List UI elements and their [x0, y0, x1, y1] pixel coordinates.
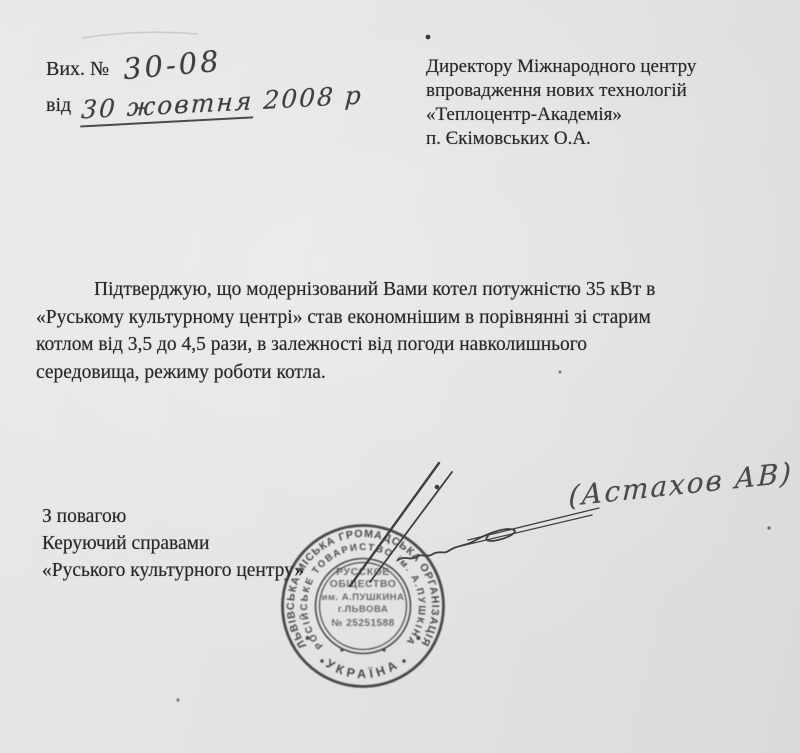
recipient-line: впровадження нових технологій [426, 79, 696, 103]
reference-number-line: Вих. № 30-08 [46, 48, 363, 82]
svg-text:г.ЛЬВОВА: г.ЛЬВОВА [338, 604, 388, 615]
stamp: ЛЬВІВСЬКА МІСЬКА ГРОМАДСЬКА ОРГАНІЗАЦІЯ … [283, 526, 444, 687]
stamp-center-text: РУССКОЕ ОБЩЕСТВО им. А.ПУШКИНА г.ЛЬВОВА … [322, 566, 405, 629]
signature-steep-stroke [350, 463, 439, 586]
stamp-separator-dots [306, 636, 421, 663]
date-underlined-part: 30 жовтня [80, 86, 254, 127]
recipient-line: Директору Міжнародного центру [426, 55, 696, 79]
signature-dot [435, 485, 440, 490]
date-label: від [46, 94, 71, 117]
signature-scribble [398, 529, 515, 560]
stamp-inner-circle-inner [320, 563, 407, 650]
recipient-block: Директору Міжнародного центру впроваджен… [426, 55, 696, 151]
body-line: котлом від 3,5 до 4,5 рази, в залежності… [36, 331, 776, 359]
svg-text:ОБЩЕСТВО: ОБЩЕСТВО [330, 578, 397, 590]
date-handwritten: 30 жовтня 2008 р [81, 81, 364, 125]
scanned-letter-page: Вих. № 30-08 від 30 жовтня 2008 р Директ… [0, 0, 800, 753]
signature-steep-stroke [370, 472, 452, 582]
ref-number-handwritten: 30-08 [122, 44, 223, 86]
signature-handwritten-name: (Астахов АВ) [568, 456, 794, 513]
body-line: середовища, режиму роботи котла. [36, 359, 776, 387]
stamp-inner-circle-outer [316, 559, 411, 654]
closing-line: «Руського культурного центру» [42, 557, 304, 584]
signature-flourish-line [468, 508, 599, 540]
stamp-country-text: УКРАЇНА [323, 656, 402, 681]
ref-label: Вих. № [46, 58, 109, 81]
closing-block: З повагою Керуючий справами «Руського ку… [42, 503, 304, 584]
reference-date-line: від 30 жовтня 2008 р [46, 88, 363, 117]
svg-text:№ 25251588: № 25251588 [331, 618, 394, 629]
body-line: Підтверджую, що модернізований Вами коте… [36, 276, 776, 304]
paper-crease [82, 32, 198, 38]
body-paragraph: Підтверджую, що модернізований Вами коте… [36, 276, 776, 386]
closing-line: Керуючий справами [42, 530, 304, 557]
reference-block: Вих. № 30-08 від 30 жовтня 2008 р [46, 48, 363, 117]
body-line: «Руському культурному центрі» став еконо… [36, 304, 776, 332]
signature-flourish-line [461, 515, 592, 546]
signature-strokes [350, 463, 599, 586]
stamp-outer-ring-text: ЛЬВІВСЬКА МІСЬКА ГРОМАДСЬКА ОРГАНІЗАЦІЯ [285, 528, 441, 651]
stamp-inner-ring-text: РОСІЙСЬКЕ ТОВАРИСТВО ім. А.ПУШКІНА [298, 542, 427, 651]
date-rest-part: 2008 р [263, 81, 364, 115]
closing-line: З повагою [42, 503, 304, 530]
recipient-line: п. Єкімовських О.А. [426, 127, 696, 151]
stamp-outer-circle [283, 526, 444, 687]
recipient-line: «Теплоцентр-Академія» [426, 103, 696, 127]
svg-text:им. А.ПУШКИНА: им. А.ПУШКИНА [322, 592, 405, 603]
svg-text:РУССКОЕ: РУССКОЕ [336, 566, 390, 578]
